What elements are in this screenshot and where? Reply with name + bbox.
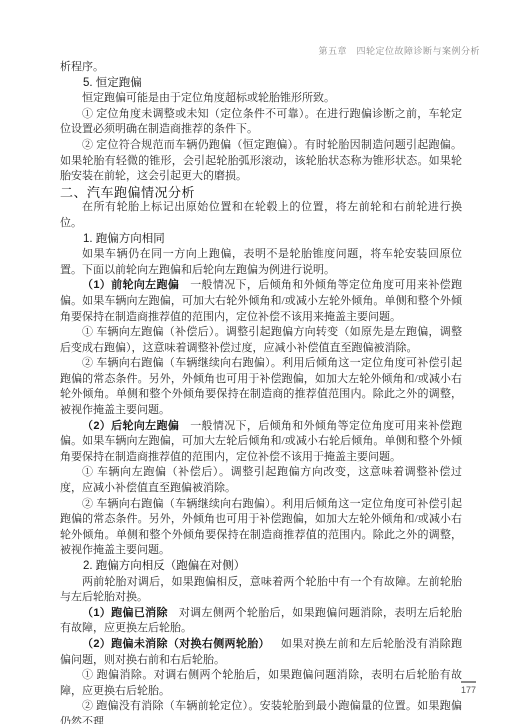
- numbered-subheading: 1. 跑偏方向相同: [60, 232, 462, 248]
- paragraph: 如果车辆仍在同一方向上跑偏，表明不是轮胎锥度问题，将车轮安装回原位置。下面以前轮…: [60, 247, 462, 278]
- paragraph: ① 车辆向左跑偏（补偿后）。调整引起跑偏方向转变（如原先是左跑偏，调整后变成右跑…: [60, 325, 462, 356]
- numbered-subheading: 2. 跑偏方向相反（跑偏在对侧）: [60, 559, 462, 575]
- run-in-heading: （2）跑偏未消除（对换右侧两轮胎）: [82, 638, 270, 650]
- paragraph: 两前轮胎对调后，如果跑偏相反，意味着两个轮胎中有一个有故障。左前轮胎与左后轮胎对…: [60, 575, 462, 606]
- book-page: 第五章 四轮定位故障诊断与案例分析 析程序。5. 恒定跑偏恒定跑偏可能是由于定位…: [0, 0, 520, 724]
- page-body: 析程序。5. 恒定跑偏恒定跑偏可能是由于定位角度超标或轮胎锥形所致。① 定位角度…: [60, 60, 462, 724]
- running-head-chapter-title: 第五章 四轮定位故障诊断与案例分析: [318, 44, 480, 57]
- paragraph: ② 车辆向右跑偏（车辆继续向右跑偏）。利用后倾角这一定位角度可补偿引起跑偏的常态…: [60, 497, 462, 559]
- section-heading: 二、汽车跑偏情况分析: [60, 185, 462, 201]
- run-in-heading: （1）前轮向左跑偏: [82, 279, 179, 291]
- numbered-subheading: 5. 恒定跑偏: [60, 76, 462, 92]
- paragraph: ② 跑偏没有消除（车辆前轮定位）。安装轮胎到最小跑偏量的位置。如果跑偏仍然不理: [60, 699, 462, 724]
- paragraph: ① 跑偏消除。对调右侧两个轮胎后，如果跑偏问题消除，表明右后轮胎有故障，应更换右…: [60, 668, 462, 699]
- paragraph: （1）跑偏已消除对调左侧两个轮胎后，如果跑偏问题消除，表明左后轮胎有故障，应更换…: [60, 606, 462, 637]
- paragraph: ② 车辆向右跑偏（车辆继续向右跑偏）。利用后倾角这一定位角度可补偿引起跑偏的常态…: [60, 356, 462, 418]
- page-footer: 177: [461, 680, 476, 698]
- paragraph: ① 车辆向左跑偏（补偿后）。调整引起跑偏方向改变，这意味着调整补偿过度，应减小补…: [60, 465, 462, 496]
- paragraph: （2）跑偏未消除（对换右侧两轮胎）如果对换左前和左后轮胎没有消除跑偏问题，则对换…: [60, 637, 462, 668]
- paragraph: ② 定位符合规范而车辆仍跑偏（恒定跑偏）。有时轮胎因制造问题引起跑偏。如果轮胎有…: [60, 138, 462, 185]
- paragraph: （2）后轮向左跑偏一般情况下，后倾角和外倾角等定位角度可用来补偿跑偏。如果车辆向…: [60, 419, 462, 466]
- run-in-heading: （2）后轮向左跑偏: [82, 420, 179, 432]
- page-number: 177: [461, 681, 476, 695]
- paragraph: ① 定位角度未调整或未知（定位条件不可靠）。在进行跑偏诊断之前，车轮定位设置必须…: [60, 107, 462, 138]
- paragraph: 在所有轮胎上标记出原始位置和在轮毂上的位置，将左前轮和右前轮进行换位。: [60, 200, 462, 231]
- run-in-heading: （1）跑偏已消除: [82, 607, 168, 619]
- paragraph: （1）前轮向左跑偏一般情况下，后倾角和外倾角等定位角度可用来补偿跑偏。如果车辆向…: [60, 278, 462, 325]
- paragraph: 恒定跑偏可能是由于定位角度超标或轮胎锥形所致。: [60, 91, 462, 107]
- paragraph-continuation: 析程序。: [60, 60, 462, 76]
